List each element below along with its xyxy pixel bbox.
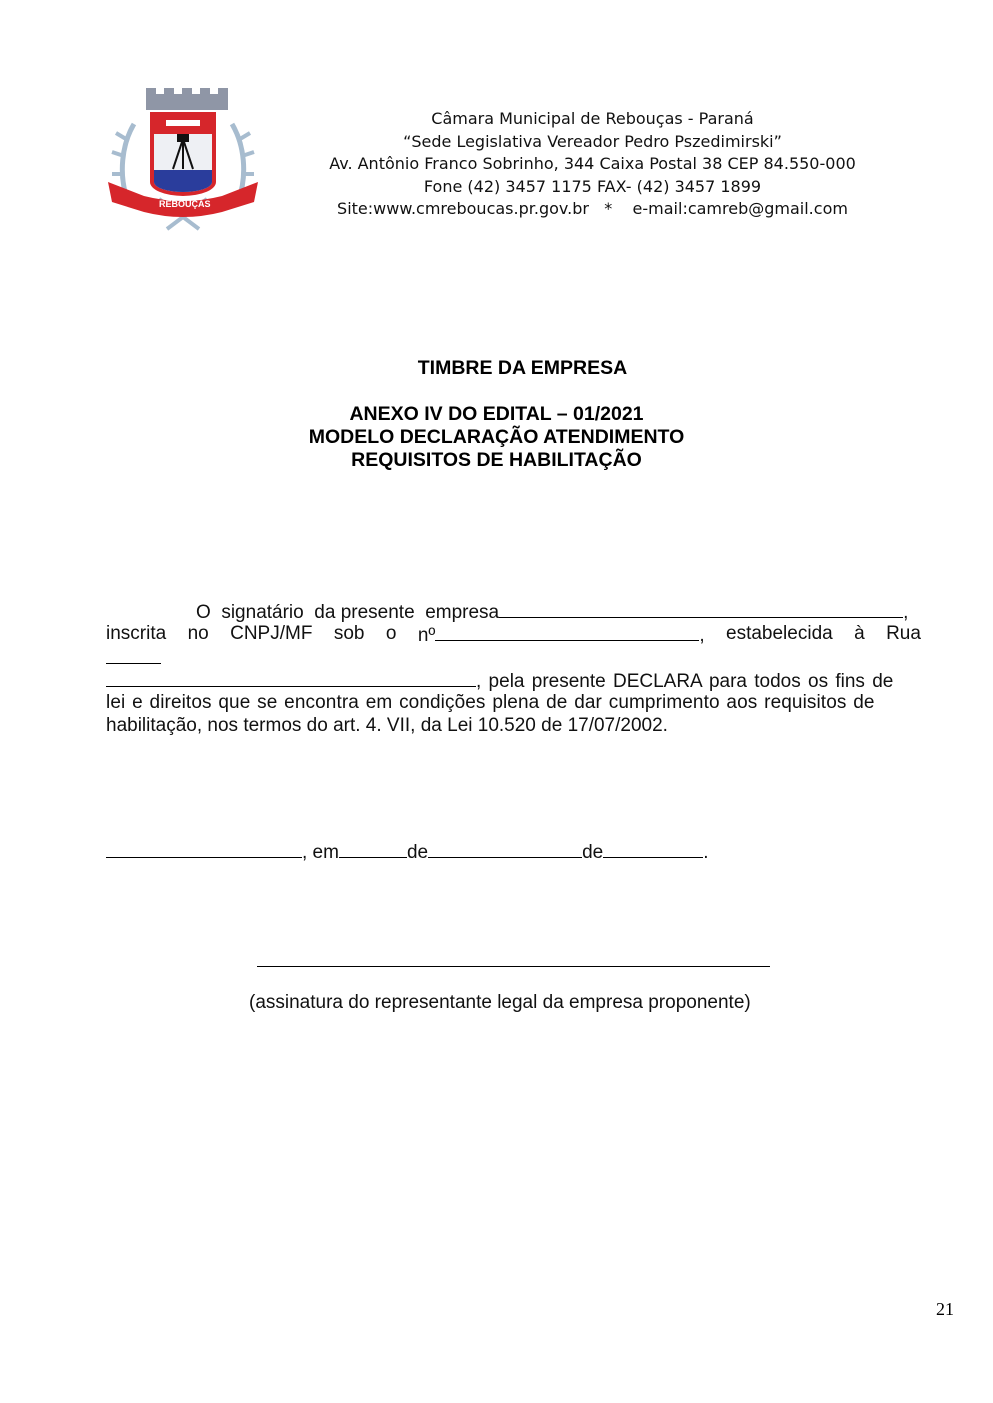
model-heading: MODELO DECLARAÇÃO ATENDIMENTO [0,426,993,449]
day-field[interactable] [339,840,407,858]
letterhead-line-3: Av. Antônio Franco Sobrinho, 344 Caixa P… [310,153,875,176]
declaration-line-4: , pela presente DECLARA para todos os fi… [106,669,921,693]
street-field-start[interactable] [106,646,161,664]
ribbon-center-text: REBOUÇAS [159,199,209,209]
cnpj-field[interactable] [435,623,699,641]
declaration-line-3 [106,646,921,670]
signature-line[interactable] [257,966,770,967]
letterhead-line-5: Site:www.cmreboucas.pr.gov.br * e-mail:c… [310,198,875,221]
coat-of-arms-logo: REBOUÇAS [104,84,262,234]
page-number: 21 [936,1299,954,1320]
signature-caption: (assinatura do representante legal da em… [249,992,751,1014]
timbre-heading: TIMBRE DA EMPRESA [26,357,993,380]
letterhead-line-2: “Sede Legislativa Vereador Pedro Pszedim… [310,131,875,154]
declaration-line-5: lei e direitos que se encontra em condiç… [106,692,921,714]
date-line: , emdede. [106,840,709,864]
letterhead-line-4: Fone (42) 3457 1175 FAX- (42) 3457 1899 [310,176,875,199]
annex-heading: ANEXO IV DO EDITAL – 01/2021 [0,403,993,426]
month-field[interactable] [428,840,582,858]
company-name-field[interactable] [499,600,903,618]
declaration-line-2: inscrita no CNPJ/MF sob o nº, estabeleci… [106,623,921,647]
year-field[interactable] [603,840,703,858]
letterhead-text: Câmara Municipal de Rebouças - Paraná “S… [310,108,875,221]
requirements-heading: REQUISITOS DE HABILITAÇÃO [0,449,993,472]
letterhead-line-1: Câmara Municipal de Rebouças - Paraná [310,108,875,131]
city-field[interactable] [106,840,302,858]
coat-of-arms-icon [104,84,262,234]
declaration-line-1: O signatário da presente empresa, [106,600,921,624]
street-field[interactable] [106,669,476,687]
declaration-line-6: habilitação, nos termos do art. 4. VII, … [106,715,921,737]
